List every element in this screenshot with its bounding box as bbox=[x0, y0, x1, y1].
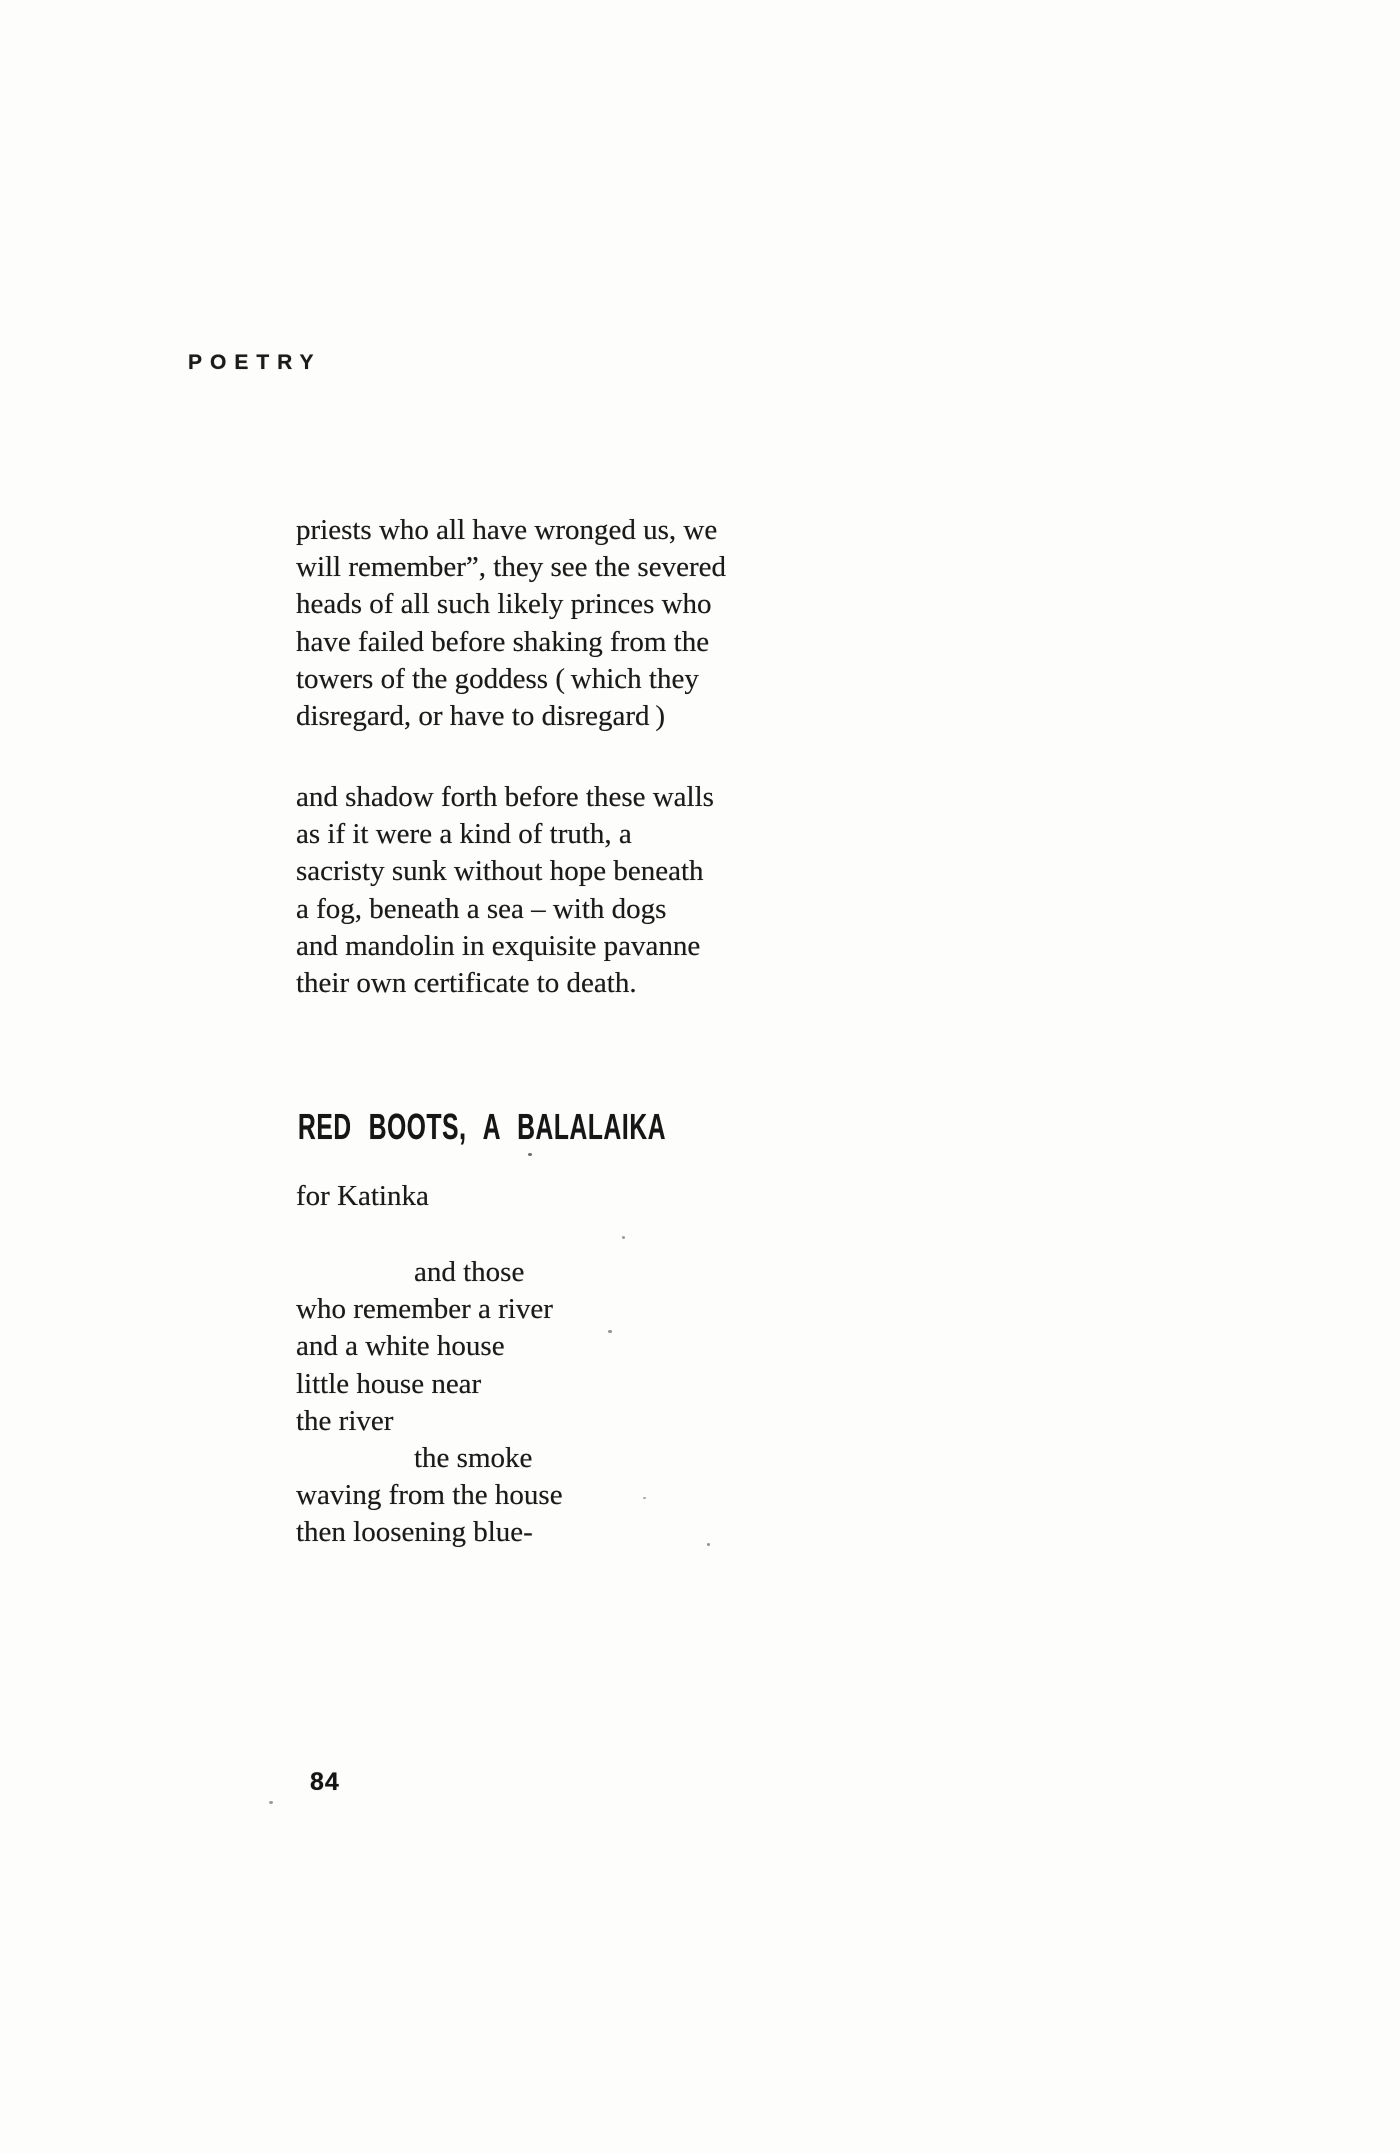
poem-line: their own certificate to death. bbox=[296, 965, 856, 1002]
poem-line: towers of the goddess ( which they bbox=[296, 661, 856, 698]
poem-line: little house near bbox=[296, 1366, 856, 1403]
poem-line: the smoke bbox=[296, 1440, 856, 1477]
poem-line: waving from the house bbox=[296, 1477, 856, 1514]
poem-line: priests who all have wronged us, we bbox=[296, 512, 856, 549]
poem-line: a fog, beneath a sea – with dogs bbox=[296, 891, 856, 928]
poem-line: will remember”, they see the severed bbox=[296, 549, 856, 586]
poem-line: the river bbox=[296, 1403, 856, 1440]
poem-line: and a white house bbox=[296, 1328, 856, 1365]
poem-stanza-1: and those who remember a river and a whi… bbox=[296, 1254, 856, 1552]
poem-line: then loosening blue- bbox=[296, 1514, 856, 1551]
poem-title: RED BOOTS, A BALALAIKA bbox=[298, 1106, 666, 1148]
previous-poem-stanza-2: and shadow forth before these walls as i… bbox=[296, 779, 856, 1002]
previous-poem-stanza-1: priests who all have wronged us, we will… bbox=[296, 512, 856, 735]
ink-speck bbox=[269, 1801, 273, 1804]
ink-speck bbox=[643, 1497, 646, 1499]
ink-speck bbox=[622, 1236, 625, 1239]
poem-line: sacristy sunk without hope beneath bbox=[296, 853, 856, 890]
poem-line: heads of all such likely princes who bbox=[296, 586, 856, 623]
ink-speck bbox=[528, 1153, 532, 1156]
poem-line: and mandolin in exquisite pavanne bbox=[296, 928, 856, 965]
section-header: POETRY bbox=[188, 351, 322, 375]
poem-line: and those bbox=[296, 1254, 856, 1291]
poem-line: who remember a river bbox=[296, 1291, 856, 1328]
poem-line: disregard, or have to disregard ) bbox=[296, 698, 856, 735]
poem-line: as if it were a kind of truth, a bbox=[296, 816, 856, 853]
page-number: 84 bbox=[310, 1768, 340, 1797]
ink-speck bbox=[707, 1543, 710, 1546]
book-page: POETRY priests who all have wronged us, … bbox=[0, 0, 1400, 2154]
poem-line: and shadow forth before these walls bbox=[296, 779, 856, 816]
poem-line: have failed before shaking from the bbox=[296, 624, 856, 661]
ink-speck bbox=[608, 1330, 612, 1333]
poem-dedication: for Katinka bbox=[296, 1180, 429, 1213]
